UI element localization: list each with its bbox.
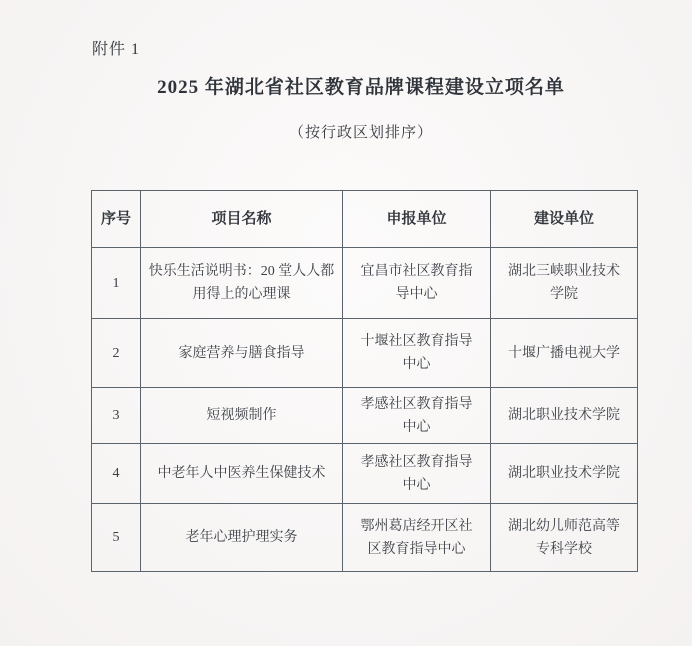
- project-list-table: 序号 项目名称 申报单位 建设单位 1 快乐生活说明书：20 堂人人都用得上的心…: [91, 190, 638, 572]
- table-row: 4 中老年人中医养生保健技术 孝感社区教育指导中心 湖北职业技术学院: [92, 444, 638, 504]
- cell-project-name: 老年心理护理实务: [141, 504, 343, 572]
- cell-serial-number: 2: [92, 319, 141, 388]
- table-row: 2 家庭营养与膳食指导 十堰社区教育指导中心 十堰广播电视大学: [92, 319, 638, 388]
- column-header-builder: 建设单位: [491, 191, 638, 248]
- cell-applicant: 孝感社区教育指导中心: [343, 444, 491, 504]
- cell-builder: 湖北幼儿师范高等专科学校: [491, 504, 638, 572]
- document-title: 2025 年湖北省社区教育品牌课程建设立项名单: [30, 72, 692, 99]
- cell-serial-number: 3: [92, 388, 141, 444]
- cell-builder: 湖北三峡职业技术学院: [491, 248, 638, 319]
- cell-serial-number: 5: [92, 504, 141, 572]
- cell-project-name: 中老年人中医养生保健技术: [141, 444, 343, 504]
- cell-project-name: 家庭营养与膳食指导: [141, 319, 343, 388]
- cell-builder: 十堰广播电视大学: [491, 319, 638, 388]
- table-header-row: 序号 项目名称 申报单位 建设单位: [92, 191, 638, 248]
- cell-applicant: 宜昌市社区教育指导中心: [343, 248, 491, 319]
- cell-applicant: 孝感社区教育指导中心: [343, 388, 491, 444]
- table-row: 5 老年心理护理实务 鄂州葛店经开区社区教育指导中心 湖北幼儿师范高等专科学校: [92, 504, 638, 572]
- cell-builder: 湖北职业技术学院: [491, 444, 638, 504]
- column-header-applicant: 申报单位: [343, 191, 491, 248]
- cell-project-name: 快乐生活说明书：20 堂人人都用得上的心理课: [141, 248, 343, 319]
- cell-serial-number: 1: [92, 248, 141, 319]
- table-row: 1 快乐生活说明书：20 堂人人都用得上的心理课 宜昌市社区教育指导中心 湖北三…: [92, 248, 638, 319]
- cell-applicant: 鄂州葛店经开区社区教育指导中心: [343, 504, 491, 572]
- cell-project-name: 短视频制作: [141, 388, 343, 444]
- column-header-project: 项目名称: [141, 191, 343, 248]
- cell-builder: 湖北职业技术学院: [491, 388, 638, 444]
- document-subtitle: （按行政区划排序）: [30, 121, 692, 142]
- column-header-no: 序号: [92, 191, 141, 248]
- attachment-label: 附件 1: [92, 36, 140, 59]
- cell-serial-number: 4: [92, 444, 141, 504]
- cell-applicant: 十堰社区教育指导中心: [343, 319, 491, 388]
- table-row: 3 短视频制作 孝感社区教育指导中心 湖北职业技术学院: [92, 388, 638, 444]
